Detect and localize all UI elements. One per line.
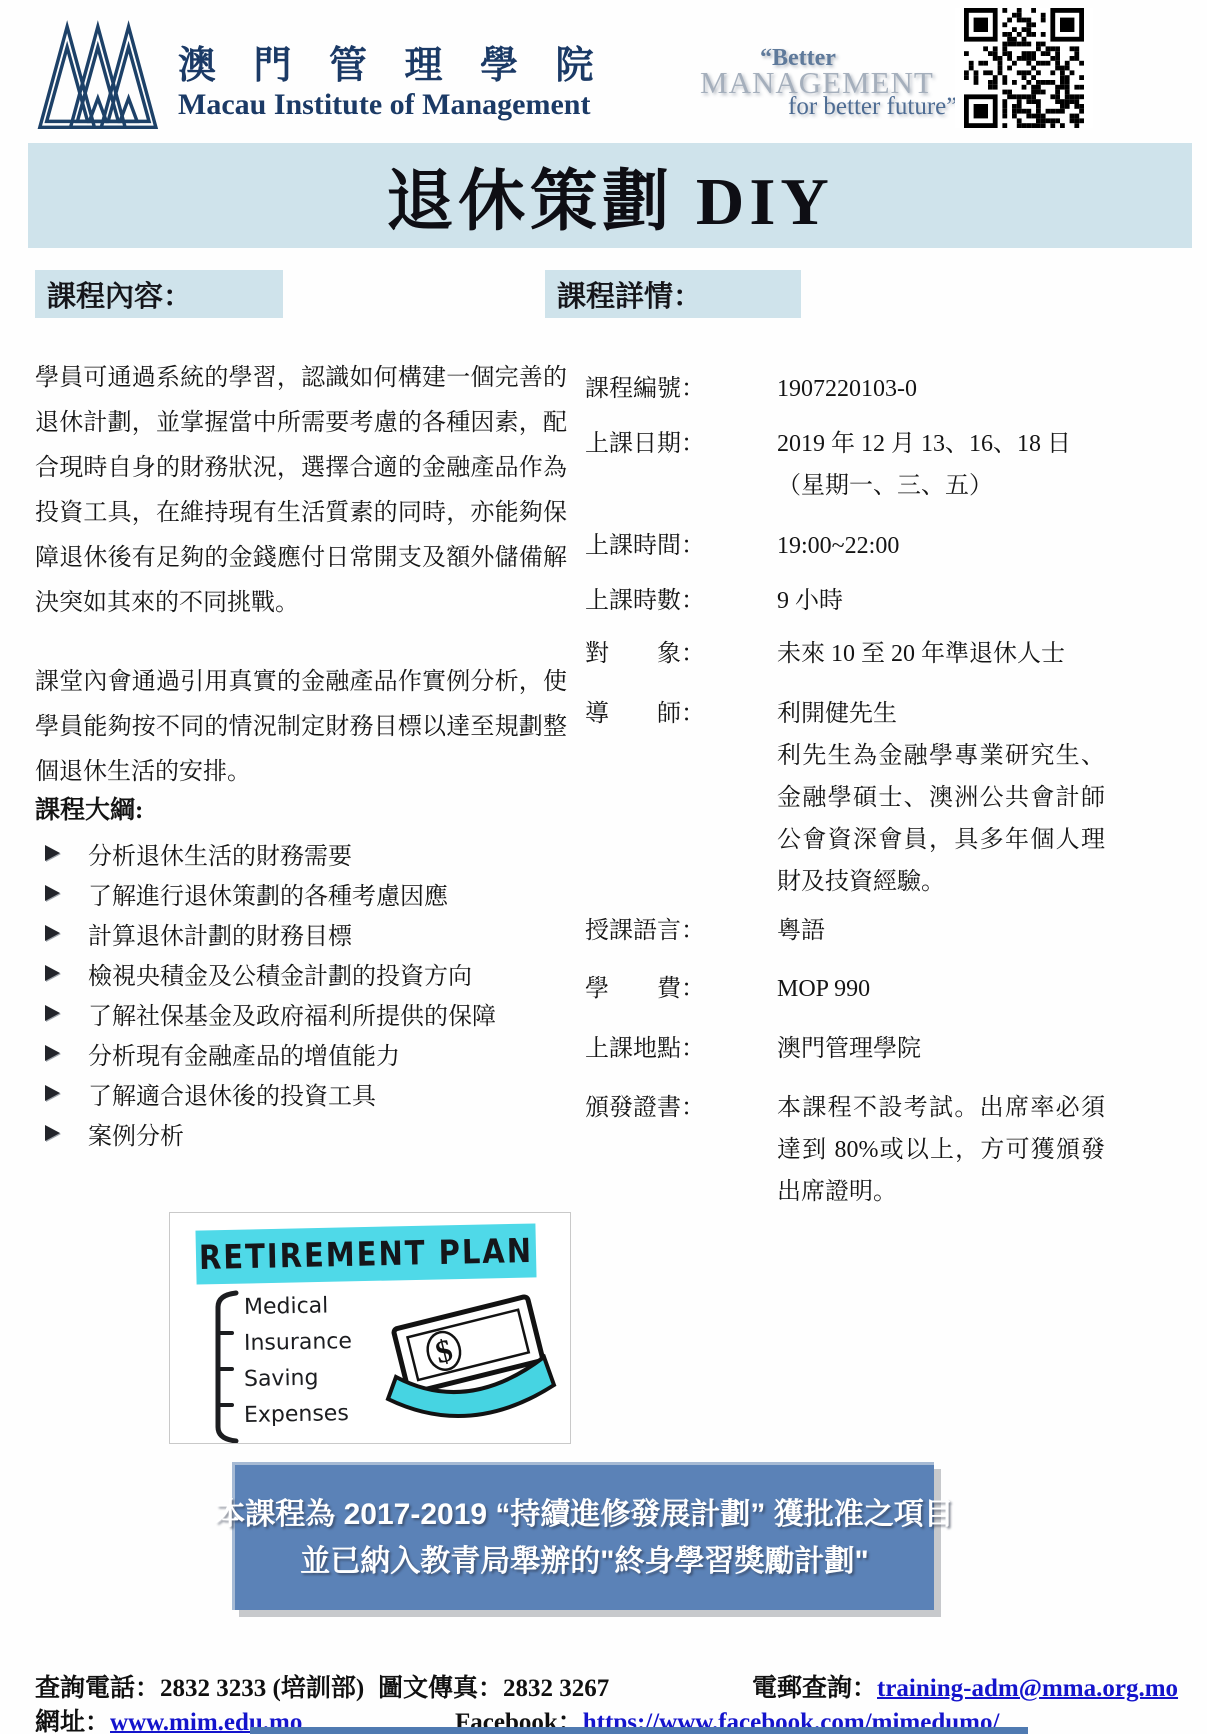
outline-list: 分析退休生活的財務需要 了解進行退休策劃的各種考慮因應 計算退休計劃的財務目標 … (35, 833, 567, 1153)
arrow-bullet-icon (45, 1005, 60, 1021)
outline-item-label: 計算退休計劃的財務目標 (88, 916, 352, 951)
illustration-title: RETIREMENT PLAN (199, 1231, 534, 1277)
plan-item: Medical (244, 1288, 353, 1326)
mim-logo-icon (33, 20, 161, 134)
detail-label: 上課日期： (585, 423, 737, 507)
org-name-english: Macau Institute of Management (178, 88, 590, 122)
plan-item: Expenses (244, 1396, 353, 1434)
arrow-bullet-icon (45, 885, 60, 901)
approval-notice-box: 本課程為 2017-2019 “持續進修發展計劃” 獲批准之項目 並已納入教青局… (232, 1462, 934, 1610)
detail-value: 利開健先生 利先生為金融學專業研究生、金融學碩士、澳洲公共會計師公會資深會員，具… (777, 693, 1105, 903)
detail-row-class-hours: 上課時數： 9 小時 (585, 580, 1105, 622)
detail-label: 上課時間： (585, 525, 737, 567)
list-item: 案例分析 (35, 1113, 567, 1153)
arrow-bullet-icon (45, 925, 60, 941)
notice-line1: 本課程為 2017-2019 “持續進修發展計劃” 獲批准之項目 (215, 1491, 953, 1538)
fax-value: 2832 3267 (503, 1675, 609, 1702)
plan-items-list: Medical Insurance Saving Expenses (244, 1289, 352, 1433)
org-name-chinese: 澳 門 管 理 學 院 (178, 34, 608, 89)
outline-item-label: 分析現有金融產品的增值能力 (88, 1036, 400, 1071)
detail-row-venue: 上課地點： 澳門管理學院 (585, 1028, 1105, 1070)
bracket-icon (208, 1289, 242, 1443)
plan-item: Saving (244, 1360, 353, 1398)
arrow-bullet-icon (45, 1125, 60, 1141)
arrow-bullet-icon (45, 1085, 60, 1101)
detail-value: 2019 年 12 月 13、16、18 日 （星期一、三、五） (777, 423, 1105, 507)
list-item: 分析現有金融產品的增值能力 (35, 1033, 567, 1073)
list-item: 分析退休生活的財務需要 (35, 833, 567, 873)
outline-item-label: 案例分析 (88, 1116, 184, 1151)
detail-value: 19:00~22:00 (777, 525, 1105, 567)
retirement-plan-illustration: RETIREMENT PLAN Medical Insurance Saving… (169, 1212, 571, 1444)
detail-value: 1907220103-0 (777, 368, 1105, 410)
detail-value: 未來 10 至 20 年準退休人士 (777, 633, 1105, 675)
notice-line2: 並已納入教青局舉辦的"終身學習獎勵計劃" (300, 1538, 868, 1585)
arrow-bullet-icon (45, 845, 60, 861)
list-item: 檢視央積金及公積金計劃的投資方向 (35, 953, 567, 993)
detail-row-fee: 學 費： MOP 990 (585, 968, 1105, 1010)
detail-value: MOP 990 (777, 968, 1105, 1010)
highlighted-title-strip: RETIREMENT PLAN (195, 1223, 536, 1284)
detail-label: 上課地點： (585, 1028, 737, 1070)
course-content-text: 學員可通過系統的學習，認識如何構建一個完善的退休計劃，並掌握當中所需要考慮的各種… (35, 356, 567, 795)
website-label: 網址： (35, 1709, 110, 1734)
detail-row-class-time: 上課時間： 19:00~22:00 (585, 525, 1105, 567)
detail-label: 對 象： (585, 633, 737, 675)
detail-label: 頒發證書： (585, 1087, 737, 1213)
detail-row-target-audience: 對 象： 未來 10 至 20 年準退休人士 (585, 633, 1105, 675)
detail-row-class-dates: 上課日期： 2019 年 12 月 13、16、18 日 （星期一、三、五） (585, 423, 1105, 507)
footer-email: 電郵查詢：training-adm@mma.org.mo (752, 1668, 1178, 1704)
detail-label: 學 費： (585, 968, 737, 1010)
detail-row-course-code: 課程編號： 1907220103-0 (585, 368, 1105, 410)
money-doodle-icon: $ (382, 1293, 562, 1433)
detail-value: 粵語 (777, 910, 1105, 952)
outline-item-label: 分析退休生活的財務需要 (88, 836, 352, 871)
outline-item-label: 了解適合退休後的投資工具 (88, 1076, 376, 1111)
email-link[interactable]: training-adm@mma.org.mo (877, 1675, 1178, 1702)
detail-row-certificate: 頒發證書： 本課程不設考試。出席率必須達到 80%或以上，方可獲頒發出席證明。 (585, 1087, 1105, 1213)
detail-row-tutor: 導 師： 利開健先生 利先生為金融學專業研究生、金融學碩士、澳洲公共會計師公會資… (585, 693, 1105, 903)
fax-label: 圖文傳真： (378, 1675, 503, 1702)
email-label: 電郵查詢： (752, 1675, 877, 1702)
outline-heading: 課程大綱: (35, 790, 143, 826)
content-paragraph-1: 學員可通過系統的學習，認識如何構建一個完善的退休計劃，並掌握當中所需要考慮的各種… (35, 356, 567, 626)
outline-item-label: 了解社保基金及政府福利所提供的保障 (88, 996, 496, 1031)
detail-label: 授課語言： (585, 910, 737, 952)
section-heading-course-content: 課程內容： (35, 270, 283, 318)
content-paragraph-2: 課堂內會通過引用真實的金融產品作實例分析，使學員能夠按不同的情況制定財務目標以達… (35, 660, 567, 795)
detail-value: 9 小時 (777, 580, 1105, 622)
outline-item-label: 了解進行退休策劃的各種考慮因應 (88, 876, 448, 911)
arrow-bullet-icon (45, 1045, 60, 1061)
detail-label: 課程編號： (585, 368, 737, 410)
footer-fax: 圖文傳真：2832 3267 (378, 1668, 609, 1704)
outline-item-label: 檢視央積金及公積金計劃的投資方向 (88, 956, 472, 991)
list-item: 了解適合退休後的投資工具 (35, 1073, 567, 1113)
plan-item: Insurance (244, 1324, 353, 1362)
arrow-bullet-icon (45, 965, 60, 981)
phone-label: 查詢電話： (35, 1675, 160, 1702)
detail-label: 上課時數： (585, 580, 737, 622)
footer-phone: 查詢電話：2832 3233 (培訓部) (35, 1668, 364, 1704)
list-item: 了解社保基金及政府福利所提供的保障 (35, 993, 567, 1033)
flyer-page: 澳 門 管 理 學 院 Macau Institute of Managemen… (0, 0, 1207, 1734)
detail-value: 本課程不設考試。出席率必須達到 80%或以上，方可獲頒發出席證明。 (777, 1087, 1105, 1213)
detail-row-language: 授課語言： 粵語 (585, 910, 1105, 952)
list-item: 了解進行退休策劃的各種考慮因應 (35, 873, 567, 913)
detail-label: 導 師： (585, 693, 737, 903)
detail-value: 澳門管理學院 (777, 1028, 1105, 1070)
list-item: 計算退休計劃的財務目標 (35, 913, 567, 953)
bottom-page-bar (250, 1727, 1028, 1734)
phone-value: 2832 3233 (培訓部) (160, 1675, 364, 1702)
